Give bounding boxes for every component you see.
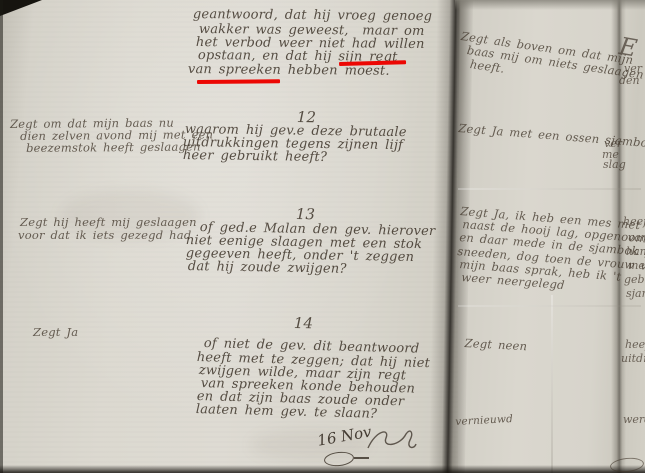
edge-fragment: werd [623,413,645,426]
page-edge-left [0,0,3,473]
margin-answer-line: Zegt hij heeft mij geslaagen [20,215,197,229]
crease-line [458,305,641,307]
article-number: 14 [294,314,313,332]
margin-answer-line: voor dat ik iets gezegd had [18,228,191,242]
page-edge-bottom [0,465,645,473]
edge-fragment: heeft [625,338,645,351]
crease-line [458,188,641,190]
edge-fragment: heef [623,215,645,228]
edge-fragment: gebro [624,273,645,286]
edge-fragment: slag [603,158,626,171]
edge-fragment: den [619,74,640,87]
edge-fragment: uitdru [621,352,645,365]
edge-fragment: sjam [626,287,645,300]
margin-answer-line: beezemstok heeft geslaagen [26,139,201,155]
signature-flourish [354,457,369,459]
article-number: 13 [296,205,315,223]
edge-fragment: van [628,231,645,244]
manuscript-line: dat hij zoude zwijgen? [188,259,347,277]
edge-fragment: met [628,259,645,272]
margin-answer-line: Zegt Ja [33,325,78,339]
edge-fragment: hand [626,245,645,258]
red-underline-van-spreeken [197,79,280,84]
page-edge-top [455,0,645,10]
manuscript-photo: geantwoord, dat hij vroeg genoeg wakker … [0,0,645,473]
manuscript-line: heer gebruikt heeft? [183,148,327,165]
crease-line [551,295,553,473]
signature-paraph [366,426,418,458]
